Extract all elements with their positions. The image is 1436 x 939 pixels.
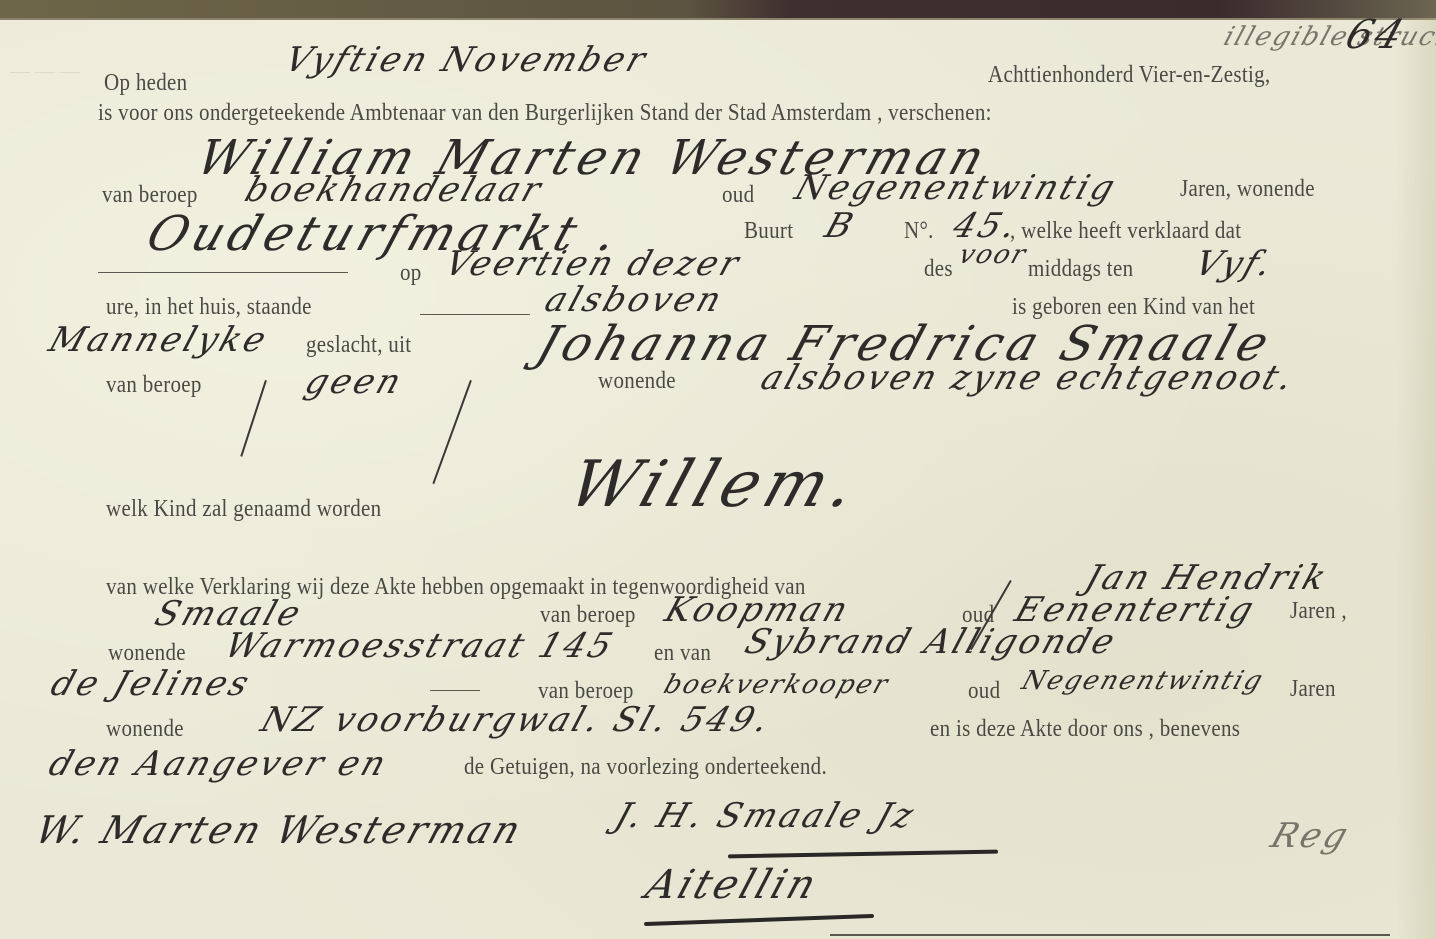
printed-text: wonende xyxy=(106,714,184,743)
blank-line xyxy=(98,272,348,273)
printed-text: Jaren xyxy=(1290,674,1336,703)
handwritten-hour: Vyf. xyxy=(1190,244,1280,284)
signature-witness-1: J. H. Smaale Jz xyxy=(610,796,921,836)
handwritten-location: alsboven xyxy=(540,280,729,320)
printed-text: en is deze Akte door ons , benevens xyxy=(930,714,1240,743)
printed-text: ure, in het huis, staande xyxy=(106,292,312,321)
printed-text: geslacht, uit xyxy=(306,330,411,359)
printed-text: Jaren, wonende xyxy=(1180,174,1315,203)
handwritten-witness2-age: Negenentwintig xyxy=(1018,666,1268,696)
printed-text: Op heden xyxy=(104,68,187,97)
handwritten-child-name: Willem. xyxy=(560,448,871,522)
printed-text: welk Kind zal genaamd worden xyxy=(106,494,381,523)
bottom-rule xyxy=(830,934,1390,936)
printed-text: is voor ons ondergeteekende Ambtenaar va… xyxy=(98,98,992,127)
printed-text: van beroep xyxy=(102,180,198,209)
handwritten-mother-address: alsboven zyne echtgenoot. xyxy=(756,358,1301,398)
handwritten-sex: Mannelyke xyxy=(44,320,274,360)
printed-text: wonende xyxy=(108,638,186,667)
printed-text: en van xyxy=(654,638,711,667)
handwritten-witness2-surname: de Jelines xyxy=(46,664,257,704)
printed-text: de Getuigen, na voorlezing onderteekend. xyxy=(464,752,827,781)
handwritten-birth-date: Veertien dezer xyxy=(440,244,746,284)
blank-line xyxy=(420,314,530,315)
printed-text: oud xyxy=(968,676,1000,705)
handwritten-voor: voor xyxy=(955,240,1031,270)
printed-text: op xyxy=(400,258,422,287)
handwritten-age: Negenentwintig xyxy=(790,168,1123,208)
printed-text: oud xyxy=(722,180,754,209)
signature-officer: Aitellin xyxy=(640,862,825,908)
page-edge-shadow xyxy=(1396,18,1436,939)
handwritten-occupation: boekhandelaar xyxy=(240,170,549,210)
printed-text: , welke heeft verklaard dat xyxy=(1010,216,1241,245)
printed-text: van beroep xyxy=(540,600,636,629)
printed-text: middags ten xyxy=(1028,254,1133,283)
bleed-through-text: — — — xyxy=(10,60,80,83)
blank-line xyxy=(430,690,480,691)
printed-year: Achttienhonderd Vier-en-Zestig, xyxy=(988,60,1270,89)
printed-text: Buurt xyxy=(744,216,793,245)
printed-text: van beroep xyxy=(106,370,202,399)
handwritten-mother-occupation: geen xyxy=(300,362,409,402)
printed-text: N°. xyxy=(904,216,934,245)
printed-text: Jaren , xyxy=(1290,596,1347,625)
handwritten-witness2-address: NZ voorburgwal. Sl. 549. xyxy=(256,700,777,740)
handwritten-date: Vyftien November xyxy=(280,40,653,80)
printed-text: wonende xyxy=(598,366,676,395)
handwritten-witness2-name: Sybrand Alligonde xyxy=(740,622,1122,662)
signature-declarant: W. Marten Westerman xyxy=(30,808,529,852)
margin-note-reg: Reg xyxy=(1266,816,1355,856)
handwritten-witness1-address: Warmoesstraat 145 xyxy=(220,626,620,666)
handwritten-declarant-ref: den Aangever en xyxy=(44,744,394,784)
handwritten-witness2-occupation: boekverkooper xyxy=(660,670,893,700)
printed-text: des xyxy=(924,254,953,283)
